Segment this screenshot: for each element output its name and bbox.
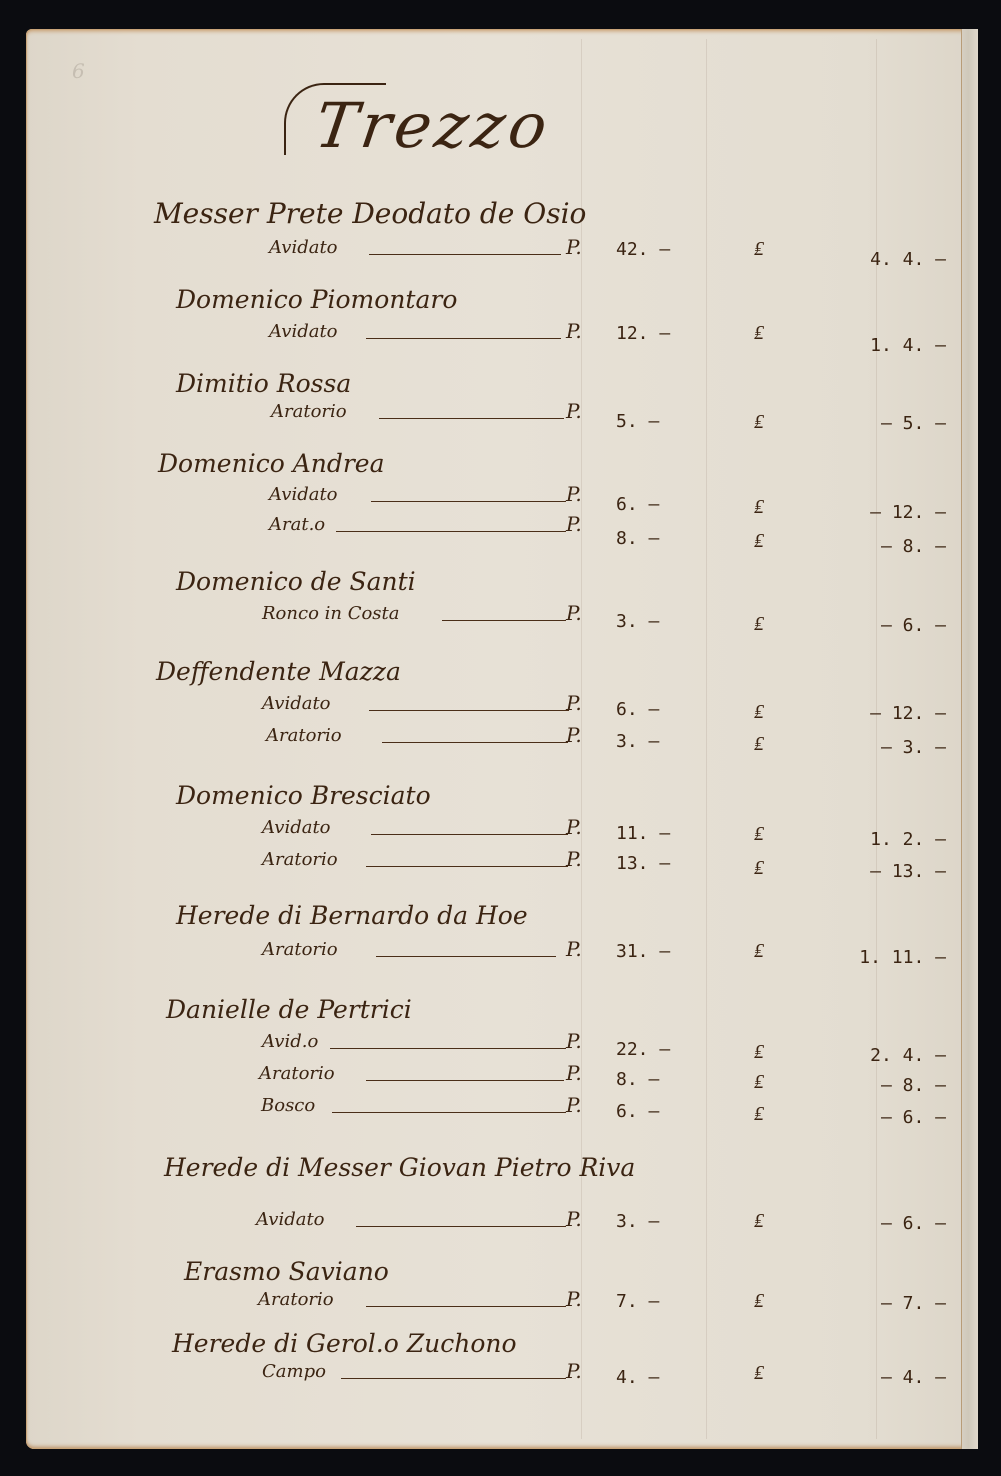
leader-line	[371, 501, 566, 502]
row-quantity: 11. —	[616, 823, 726, 844]
currency-symbol: ₤	[754, 821, 764, 846]
entry-name: Herede di Bernardo da Hoe	[176, 901, 528, 930]
entry-row: Aratorio P. 31. — ₤ 1. 11. —	[26, 939, 978, 969]
entry-row: Ronco in Costa P. 3. — ₤ — 6. —	[26, 603, 978, 633]
row-quantity: 3. —	[616, 611, 726, 632]
row-value: — 8. —	[786, 536, 946, 557]
row-type: Campo	[262, 1361, 326, 1382]
unit-symbol: P.	[566, 1029, 582, 1053]
entry-row: Campo P. 4. — ₤ — 4. —	[26, 1361, 978, 1391]
row-value: — 4. —	[786, 1367, 946, 1388]
currency-symbol: ₤	[754, 409, 764, 434]
currency-symbol: ₤	[754, 1101, 764, 1126]
row-value: 1. 11. —	[786, 947, 946, 968]
row-value: — 13. —	[786, 861, 946, 882]
leader-line	[442, 620, 566, 621]
leader-line	[369, 710, 569, 711]
entry-row: Aratorio P. 3. — ₤ — 3. —	[26, 725, 978, 755]
currency-symbol: ₤	[754, 699, 764, 724]
unit-symbol: P.	[566, 601, 582, 625]
row-type: Arat.o	[269, 514, 325, 535]
entry-name: Herede di Gerol.o Zuchono	[172, 1329, 517, 1358]
entry-name: Herede di Messer Giovan Pietro Riva	[164, 1153, 635, 1182]
unit-symbol: P.	[566, 512, 582, 536]
entry-name: Domenico Andrea	[158, 449, 385, 478]
manuscript-scan: 6 Trezzo Messer Prete Deodato de Osio Av…	[0, 0, 1001, 1476]
leader-line	[366, 1080, 564, 1081]
leader-line	[369, 254, 561, 255]
entry-name: Dimitio Rossa	[176, 369, 351, 398]
currency-symbol: ₤	[754, 855, 764, 880]
row-quantity: 8. —	[616, 528, 726, 549]
entry-row: Aratorio P. 13. — ₤ — 13. —	[26, 849, 978, 879]
row-type: Avid.o	[262, 1031, 318, 1052]
entry-name: Deffendente Mazza	[156, 657, 401, 686]
entry-row: Avid.o P. 22. — ₤ 2. 4. —	[26, 1031, 978, 1061]
unit-symbol: P.	[566, 235, 582, 259]
unit-symbol: P.	[566, 1093, 582, 1117]
leader-line	[366, 1306, 566, 1307]
row-value: — 8. —	[786, 1075, 946, 1096]
entry-row: Aratorio P. 7. — ₤ — 7. —	[26, 1289, 978, 1319]
row-quantity: 6. —	[616, 1101, 726, 1122]
currency-symbol: ₤	[754, 320, 764, 345]
row-value: 1. 2. —	[786, 829, 946, 850]
row-type: Avidato	[262, 693, 331, 714]
row-value: 4. 4. —	[786, 249, 946, 270]
entry-name: Messer Prete Deodato de Osio	[154, 197, 586, 230]
row-type: Aratorio	[259, 1063, 335, 1084]
row-type: Bosco	[261, 1095, 315, 1116]
unit-symbol: P.	[566, 937, 582, 961]
row-type: Ronco in Costa	[262, 603, 400, 624]
unit-symbol: P.	[566, 1359, 582, 1383]
page-title: Trezzo	[311, 89, 556, 162]
row-quantity: 42. —	[616, 239, 726, 260]
leader-line	[371, 834, 568, 835]
unit-symbol: P.	[566, 319, 582, 343]
entry-row: Avidato P. 3. — ₤ — 6. —	[26, 1209, 978, 1239]
unit-symbol: P.	[566, 399, 582, 423]
entry-name: Erasmo Saviano	[184, 1257, 389, 1286]
entry-name: Domenico Bresciato	[176, 781, 431, 810]
row-quantity: 6. —	[616, 699, 726, 720]
leader-line	[336, 531, 566, 532]
currency-symbol: ₤	[754, 236, 764, 261]
row-value: — 6. —	[786, 615, 946, 636]
unit-symbol: P.	[566, 1207, 582, 1231]
row-quantity: 13. —	[616, 853, 726, 874]
currency-symbol: ₤	[754, 528, 764, 553]
currency-symbol: ₤	[754, 1288, 764, 1313]
entry-row: Avidato P. 6. — ₤ — 12. —	[26, 693, 978, 723]
leader-line	[330, 1048, 566, 1049]
entry-row: Avidato P. 12. — ₤ 1. 4. —	[26, 321, 978, 351]
row-type: Avidato	[262, 817, 331, 838]
entry-name: Danielle de Pertrici	[166, 995, 412, 1024]
leader-line	[356, 1226, 566, 1227]
row-quantity: 8. —	[616, 1069, 726, 1090]
entry-name: Domenico de Santi	[176, 567, 416, 596]
row-value: 1. 4. —	[786, 335, 946, 356]
row-type: Aratorio	[271, 401, 347, 422]
row-type: Avidato	[269, 321, 338, 342]
row-value: — 3. —	[786, 737, 946, 758]
entry-row: Aratorio P. 5. — ₤ — 5. —	[26, 401, 978, 431]
leader-line	[382, 742, 568, 743]
row-quantity: 12. —	[616, 323, 726, 344]
currency-symbol: ₤	[754, 731, 764, 756]
row-value: — 7. —	[786, 1293, 946, 1314]
currency-symbol: ₤	[754, 938, 764, 963]
unit-symbol: P.	[566, 815, 582, 839]
currency-symbol: ₤	[754, 1208, 764, 1233]
row-type: Aratorio	[262, 849, 338, 870]
unit-symbol: P.	[566, 847, 582, 871]
leader-line	[379, 418, 564, 419]
row-type: Aratorio	[262, 939, 338, 960]
leader-line	[341, 1378, 566, 1379]
row-type: Avidato	[256, 1209, 325, 1230]
unit-symbol: P.	[566, 1287, 582, 1311]
row-quantity: 3. —	[616, 731, 726, 752]
currency-symbol: ₤	[754, 1069, 764, 1094]
leader-line	[366, 338, 561, 339]
entry-row: Aratorio P. 8. — ₤ — 8. —	[26, 1063, 978, 1093]
row-quantity: 3. —	[616, 1211, 726, 1232]
row-quantity: 5. —	[616, 411, 726, 432]
entry-row: Bosco P. 6. — ₤ — 6. —	[26, 1095, 978, 1125]
leader-line	[366, 866, 568, 867]
currency-symbol: ₤	[754, 1360, 764, 1385]
currency-symbol: ₤	[754, 611, 764, 636]
row-value: — 6. —	[786, 1213, 946, 1234]
row-value: — 6. —	[786, 1107, 946, 1128]
leader-line	[376, 956, 556, 957]
manuscript-page: 6 Trezzo Messer Prete Deodato de Osio Av…	[26, 29, 978, 1449]
leader-line	[332, 1112, 566, 1113]
entry-name: Domenico Piomontaro	[176, 285, 457, 314]
row-value: — 12. —	[786, 703, 946, 724]
entry-row: Avidato P. 42. — ₤ 4. 4. —	[26, 237, 978, 267]
currency-symbol: ₤	[754, 1039, 764, 1064]
unit-symbol: P.	[566, 723, 582, 747]
entry-row: Avidato P. 11. — ₤ 1. 2. —	[26, 817, 978, 847]
row-quantity: 31. —	[616, 941, 726, 962]
unit-symbol: P.	[566, 691, 582, 715]
row-type: Aratorio	[258, 1289, 334, 1310]
entry-row: Arat.o P. 8. — ₤ — 8. —	[26, 514, 978, 544]
row-quantity: 7. —	[616, 1291, 726, 1312]
row-quantity: 6. —	[616, 494, 726, 515]
unit-symbol: P.	[566, 1061, 582, 1085]
row-type: Aratorio	[266, 725, 342, 746]
corner-mark: 6	[72, 59, 85, 83]
entry-row: Avidato P. 6. — ₤ — 12. —	[26, 484, 978, 514]
row-quantity: 22. —	[616, 1039, 726, 1060]
row-type: Avidato	[269, 484, 338, 505]
row-quantity: 4. —	[616, 1367, 726, 1388]
row-value: — 5. —	[786, 413, 946, 434]
row-type: Avidato	[269, 237, 338, 258]
unit-symbol: P.	[566, 482, 582, 506]
